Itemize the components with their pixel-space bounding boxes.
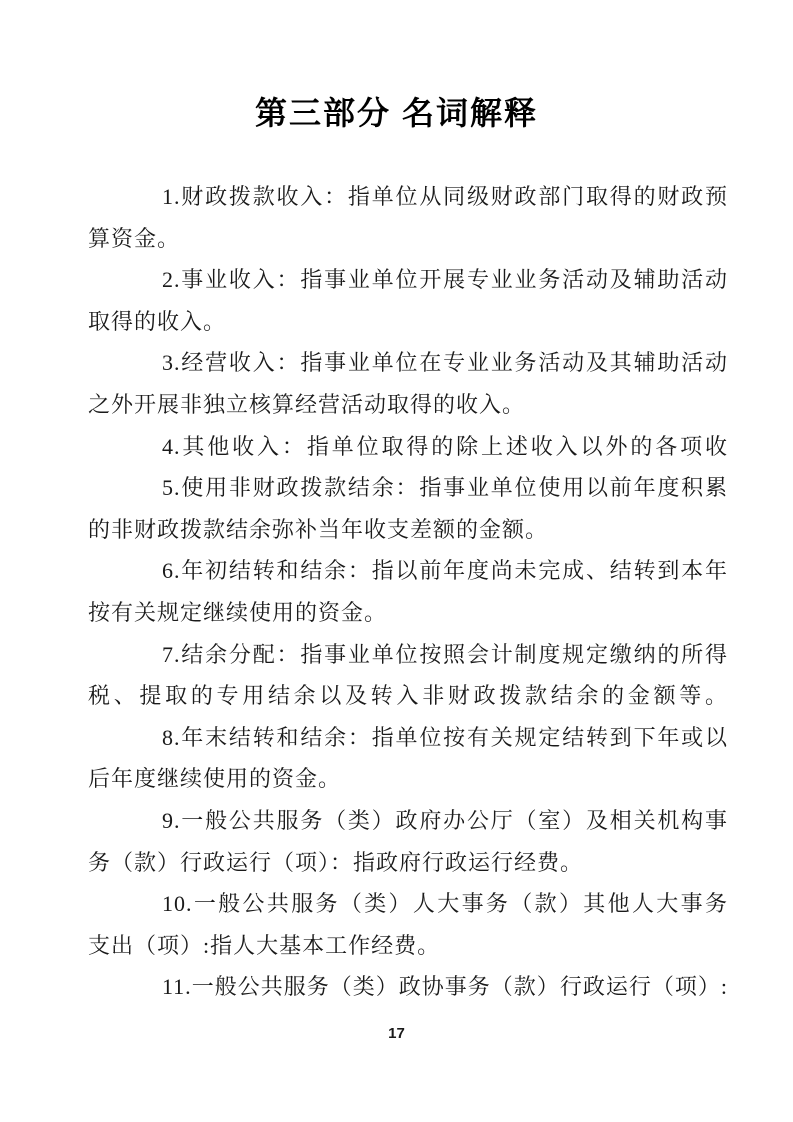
text-line: 按有关规定继续使用的资金。 — [88, 592, 728, 634]
text-line: 的非财政拨款结余弥补当年收支差额的金额。 — [88, 509, 728, 551]
text-line: 4.其他收入：指单位取得的除上述收入以外的各项收入。 — [88, 426, 728, 468]
text-line: 1.财政拨款收入：指单位从同级财政部门取得的财政预 — [88, 176, 728, 218]
document-page: 第三部分 名词解释 1.财政拨款收入：指单位从同级财政部门取得的财政预算资金。2… — [0, 0, 793, 1122]
page-number: 17 — [0, 1025, 793, 1042]
paragraph: 10.一般公共服务（类）人大事务（款）其他人大事务支出（项）:指人大基本工作经费… — [88, 883, 728, 966]
text-line: 9.一般公共服务（类）政府办公厅（室）及相关机构事 — [88, 800, 728, 842]
text-line: 之外开展非独立核算经营活动取得的收入。 — [88, 384, 728, 426]
text-line: 6.年初结转和结余：指以前年度尚未完成、结转到本年 — [88, 550, 728, 592]
document-body: 1.财政拨款收入：指单位从同级财政部门取得的财政预算资金。2.事业收入：指事业单… — [0, 176, 793, 1008]
text-line: 11.一般公共服务（类）政协事务（款）行政运行（项）: — [88, 966, 728, 1008]
document-title: 第三部分 名词解释 — [0, 0, 793, 133]
paragraph: 2.事业收入：指事业单位开展专业业务活动及辅助活动取得的收入。 — [88, 259, 728, 342]
paragraph: 6.年初结转和结余：指以前年度尚未完成、结转到本年按有关规定继续使用的资金。 — [88, 550, 728, 633]
text-line: 3.经营收入：指事业单位在专业业务活动及其辅助活动 — [88, 342, 728, 384]
text-line: 5.使用非财政拨款结余：指事业单位使用以前年度积累 — [88, 467, 728, 509]
paragraph: 8.年末结转和结余：指单位按有关规定结转到下年或以后年度继续使用的资金。 — [88, 717, 728, 800]
text-line: 2.事业收入：指事业单位开展专业业务活动及辅助活动 — [88, 259, 728, 301]
paragraph: 7.结余分配：指事业单位按照会计制度规定缴纳的所得税、提取的专用结余以及转入非财… — [88, 634, 728, 717]
paragraph: 9.一般公共服务（类）政府办公厅（室）及相关机构事务（款）行政运行（项）：指政府… — [88, 800, 728, 883]
paragraph: 1.财政拨款收入：指单位从同级财政部门取得的财政预算资金。 — [88, 176, 728, 259]
text-line: 支出（项）:指人大基本工作经费。 — [88, 925, 728, 967]
text-line: 算资金。 — [88, 218, 728, 260]
text-line: 后年度继续使用的资金。 — [88, 758, 728, 800]
paragraph: 5.使用非财政拨款结余：指事业单位使用以前年度积累的非财政拨款结余弥补当年收支差… — [88, 467, 728, 550]
paragraph: 11.一般公共服务（类）政协事务（款）行政运行（项）: — [88, 966, 728, 1008]
text-line: 务（款）行政运行（项）：指政府行政运行经费。 — [88, 842, 728, 884]
text-line: 8.年末结转和结余：指单位按有关规定结转到下年或以 — [88, 717, 728, 759]
paragraph: 3.经营收入：指事业单位在专业业务活动及其辅助活动之外开展非独立核算经营活动取得… — [88, 342, 728, 425]
text-line: 10.一般公共服务（类）人大事务（款）其他人大事务 — [88, 883, 728, 925]
text-line: 税、提取的专用结余以及转入非财政拨款结余的金额等。 — [88, 675, 728, 717]
text-line: 取得的收入。 — [88, 301, 728, 343]
paragraph: 4.其他收入：指单位取得的除上述收入以外的各项收入。 — [88, 426, 728, 468]
text-line: 7.结余分配：指事业单位按照会计制度规定缴纳的所得 — [88, 634, 728, 676]
